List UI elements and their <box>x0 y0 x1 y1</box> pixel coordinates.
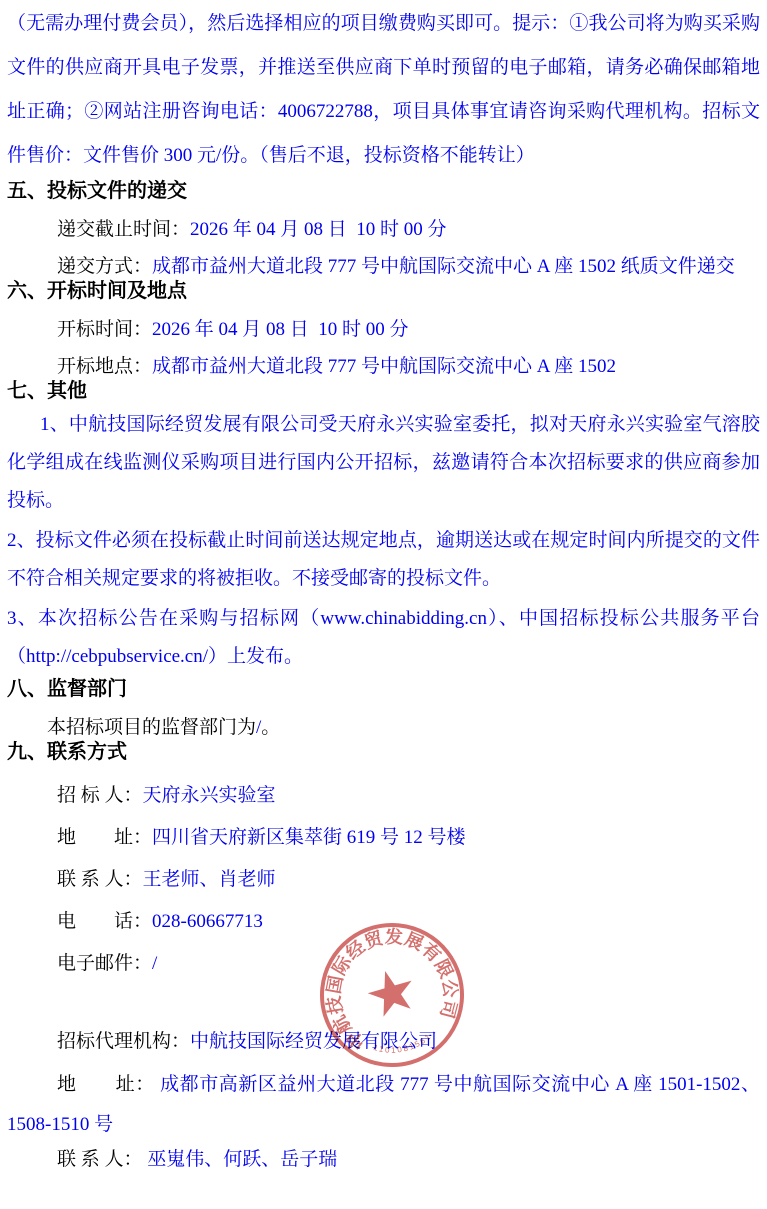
bid-opening-time-value: 2026 年 04 月 08 日 10 时 00 分 <box>152 319 409 340</box>
bid-opening-time-row: 开标时间：2026 年 04 月 08 日 10 时 00 分 <box>7 318 760 341</box>
agency-label: 招标代理机构： <box>57 1031 190 1052</box>
agency-contact-value: 巫嵬伟、何跃、岳子瑞 <box>143 1149 338 1170</box>
supervision-department-row: 本招标项目的监督部门为/。 <box>7 716 760 739</box>
other-paragraph-3: 3、本次招标公告在采购与招标网（www.chinabidding.cn）、中国招… <box>7 600 760 676</box>
tenderer-phone-label: 电 话： <box>57 911 152 932</box>
tenderer-phone-value: 028-60667713 <box>152 911 263 932</box>
agency-contact-label: 联 系 人： <box>57 1149 143 1170</box>
agency-row: 招标代理机构：中航技国际经贸发展有限公司 <box>7 1031 760 1053</box>
submission-method-value: 成都市益州大道北段 777 号中航国际交流中心 A 座 1502 纸质文件递交 <box>152 256 735 277</box>
intro-paragraph: （无需办理付费会员），然后选择相应的项目缴费购买即可。提示：①我公司将为购买采购… <box>7 2 760 178</box>
section-7-heading: 七、其他 <box>7 378 760 404</box>
other-paragraph-1: 1、中航技国际经贸发展有限公司受天府永兴实验室委托，拟对天府永兴实验室气溶胶化学… <box>7 406 760 520</box>
tenderer-label: 招 标 人： <box>57 785 143 806</box>
section-6-heading: 六、开标时间及地点 <box>7 278 760 304</box>
supervision-department-text: 本招标项目的监督部门为 <box>47 717 256 738</box>
bid-opening-place-row: 开标地点：成都市益州大道北段 777 号中航国际交流中心 A 座 1502 <box>7 355 760 378</box>
tenderer-value: 天府永兴实验室 <box>143 785 276 806</box>
agency-value: 中航技国际经贸发展有限公司 <box>190 1031 437 1052</box>
tenderer-address-label: 地 址： <box>57 827 152 848</box>
bid-opening-place-label: 开标地点： <box>57 356 152 377</box>
submission-method-row: 递交方式：成都市益州大道北段 777 号中航国际交流中心 A 座 1502 纸质… <box>7 255 760 278</box>
tenderer-contact-row: 联 系 人：王老师、肖老师 <box>7 869 760 891</box>
supervision-department-period: 。 <box>261 717 280 738</box>
tenderer-email-label: 电子邮件： <box>57 953 152 974</box>
tender-document-page: （无需办理付费会员），然后选择相应的项目缴费购买即可。提示：①我公司将为购买采购… <box>0 0 767 1209</box>
section-5-heading: 五、投标文件的递交 <box>7 178 760 204</box>
bid-opening-place-value: 成都市益州大道北段 777 号中航国际交流中心 A 座 1502 <box>152 356 616 377</box>
agency-address-label: 地 址： <box>57 1074 155 1095</box>
tenderer-email-value: / <box>152 953 157 974</box>
tenderer-phone-row: 电 话：028-60667713 <box>7 911 760 933</box>
agency-contact-row: 联 系 人： 巫嵬伟、何跃、岳子瑞 <box>7 1149 760 1171</box>
tenderer-row: 招 标 人：天府永兴实验室 <box>7 785 760 807</box>
tenderer-address-value: 四川省天府新区集萃街 619 号 12 号楼 <box>152 827 466 848</box>
submission-deadline-row: 递交截止时间：2026 年 04 月 08 日 10 时 00 分 <box>7 218 760 241</box>
tenderer-contact-label: 联 系 人： <box>57 869 143 890</box>
section-9-heading: 九、联系方式 <box>7 739 760 765</box>
submission-deadline-label: 递交截止时间： <box>57 219 190 240</box>
submission-method-label: 递交方式： <box>57 256 152 277</box>
tenderer-address-row: 地 址：四川省天府新区集萃街 619 号 12 号楼 <box>7 827 760 849</box>
tenderer-email-row: 电子邮件：/ <box>7 953 760 975</box>
agency-address-row: 地 址： 成都市高新区益州大道北段 777 号中航国际交流中心 A 座 1501… <box>7 1065 760 1145</box>
section-8-heading: 八、监督部门 <box>7 676 760 702</box>
other-paragraph-2: 2、投标文件必须在投标截止时间前送达规定地点，逾期送达或在规定时间内所提交的文件… <box>7 522 760 598</box>
tenderer-contact-value: 王老师、肖老师 <box>143 869 276 890</box>
submission-deadline-value: 2026 年 04 月 08 日 10 时 00 分 <box>190 219 447 240</box>
bid-opening-time-label: 开标时间： <box>57 319 152 340</box>
